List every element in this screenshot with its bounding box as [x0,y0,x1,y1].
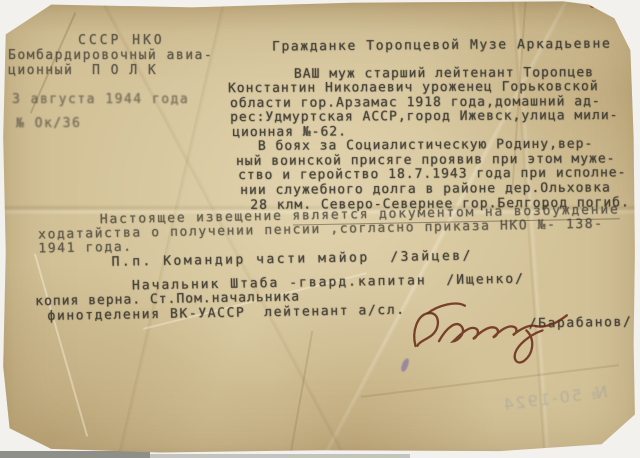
letterhead-date-line: 3 августа 1944 года [12,93,189,107]
ink-speck [590,3,595,8]
paper-sheet: СССР НКО Бомбардировочный авиа- ционный … [0,0,640,458]
letterhead-ref-number: № Ок/36 [16,117,81,131]
body-line: рес:Удмуртская АССР,город Ижевск,улица м… [230,109,618,125]
crease-line [289,331,314,458]
paragraph-pension-notice: Настоящее извещение является документом … [0,0,635,1]
scanner-shadow-bottom-left [0,451,150,458]
letterhead-org-line1: СССР НКО [78,34,165,48]
commander-signature-line: П.п. Командир части майор /Зайцев/ [111,249,473,269]
scanned-document-page: { "colors": { "paper": "#d4c399", "ink":… [0,0,640,458]
paragraph-death-notice: В боях за Социалистическую Родину,вер- н… [0,0,639,2]
signature-block: П.п. Командир части майор /Зайцев/ Начал… [0,0,635,2]
letterhead-org-line2: Бомбардировочный авиа- [8,49,213,63]
scanner-shadow-bottom-mid [150,454,410,458]
letterhead-org-line3: ционный П О Л К [8,64,157,78]
recipient-line: Гражданке Торопцевой Музе Аркадьевне [272,38,611,55]
paragraph-service-record: ВАШ муж старший лейтенант Торопцев Конст… [0,0,639,1]
crease-line [34,253,88,436]
bleed-through-mark: № 50-1924 [447,382,608,420]
handwritten-signature [408,288,618,368]
